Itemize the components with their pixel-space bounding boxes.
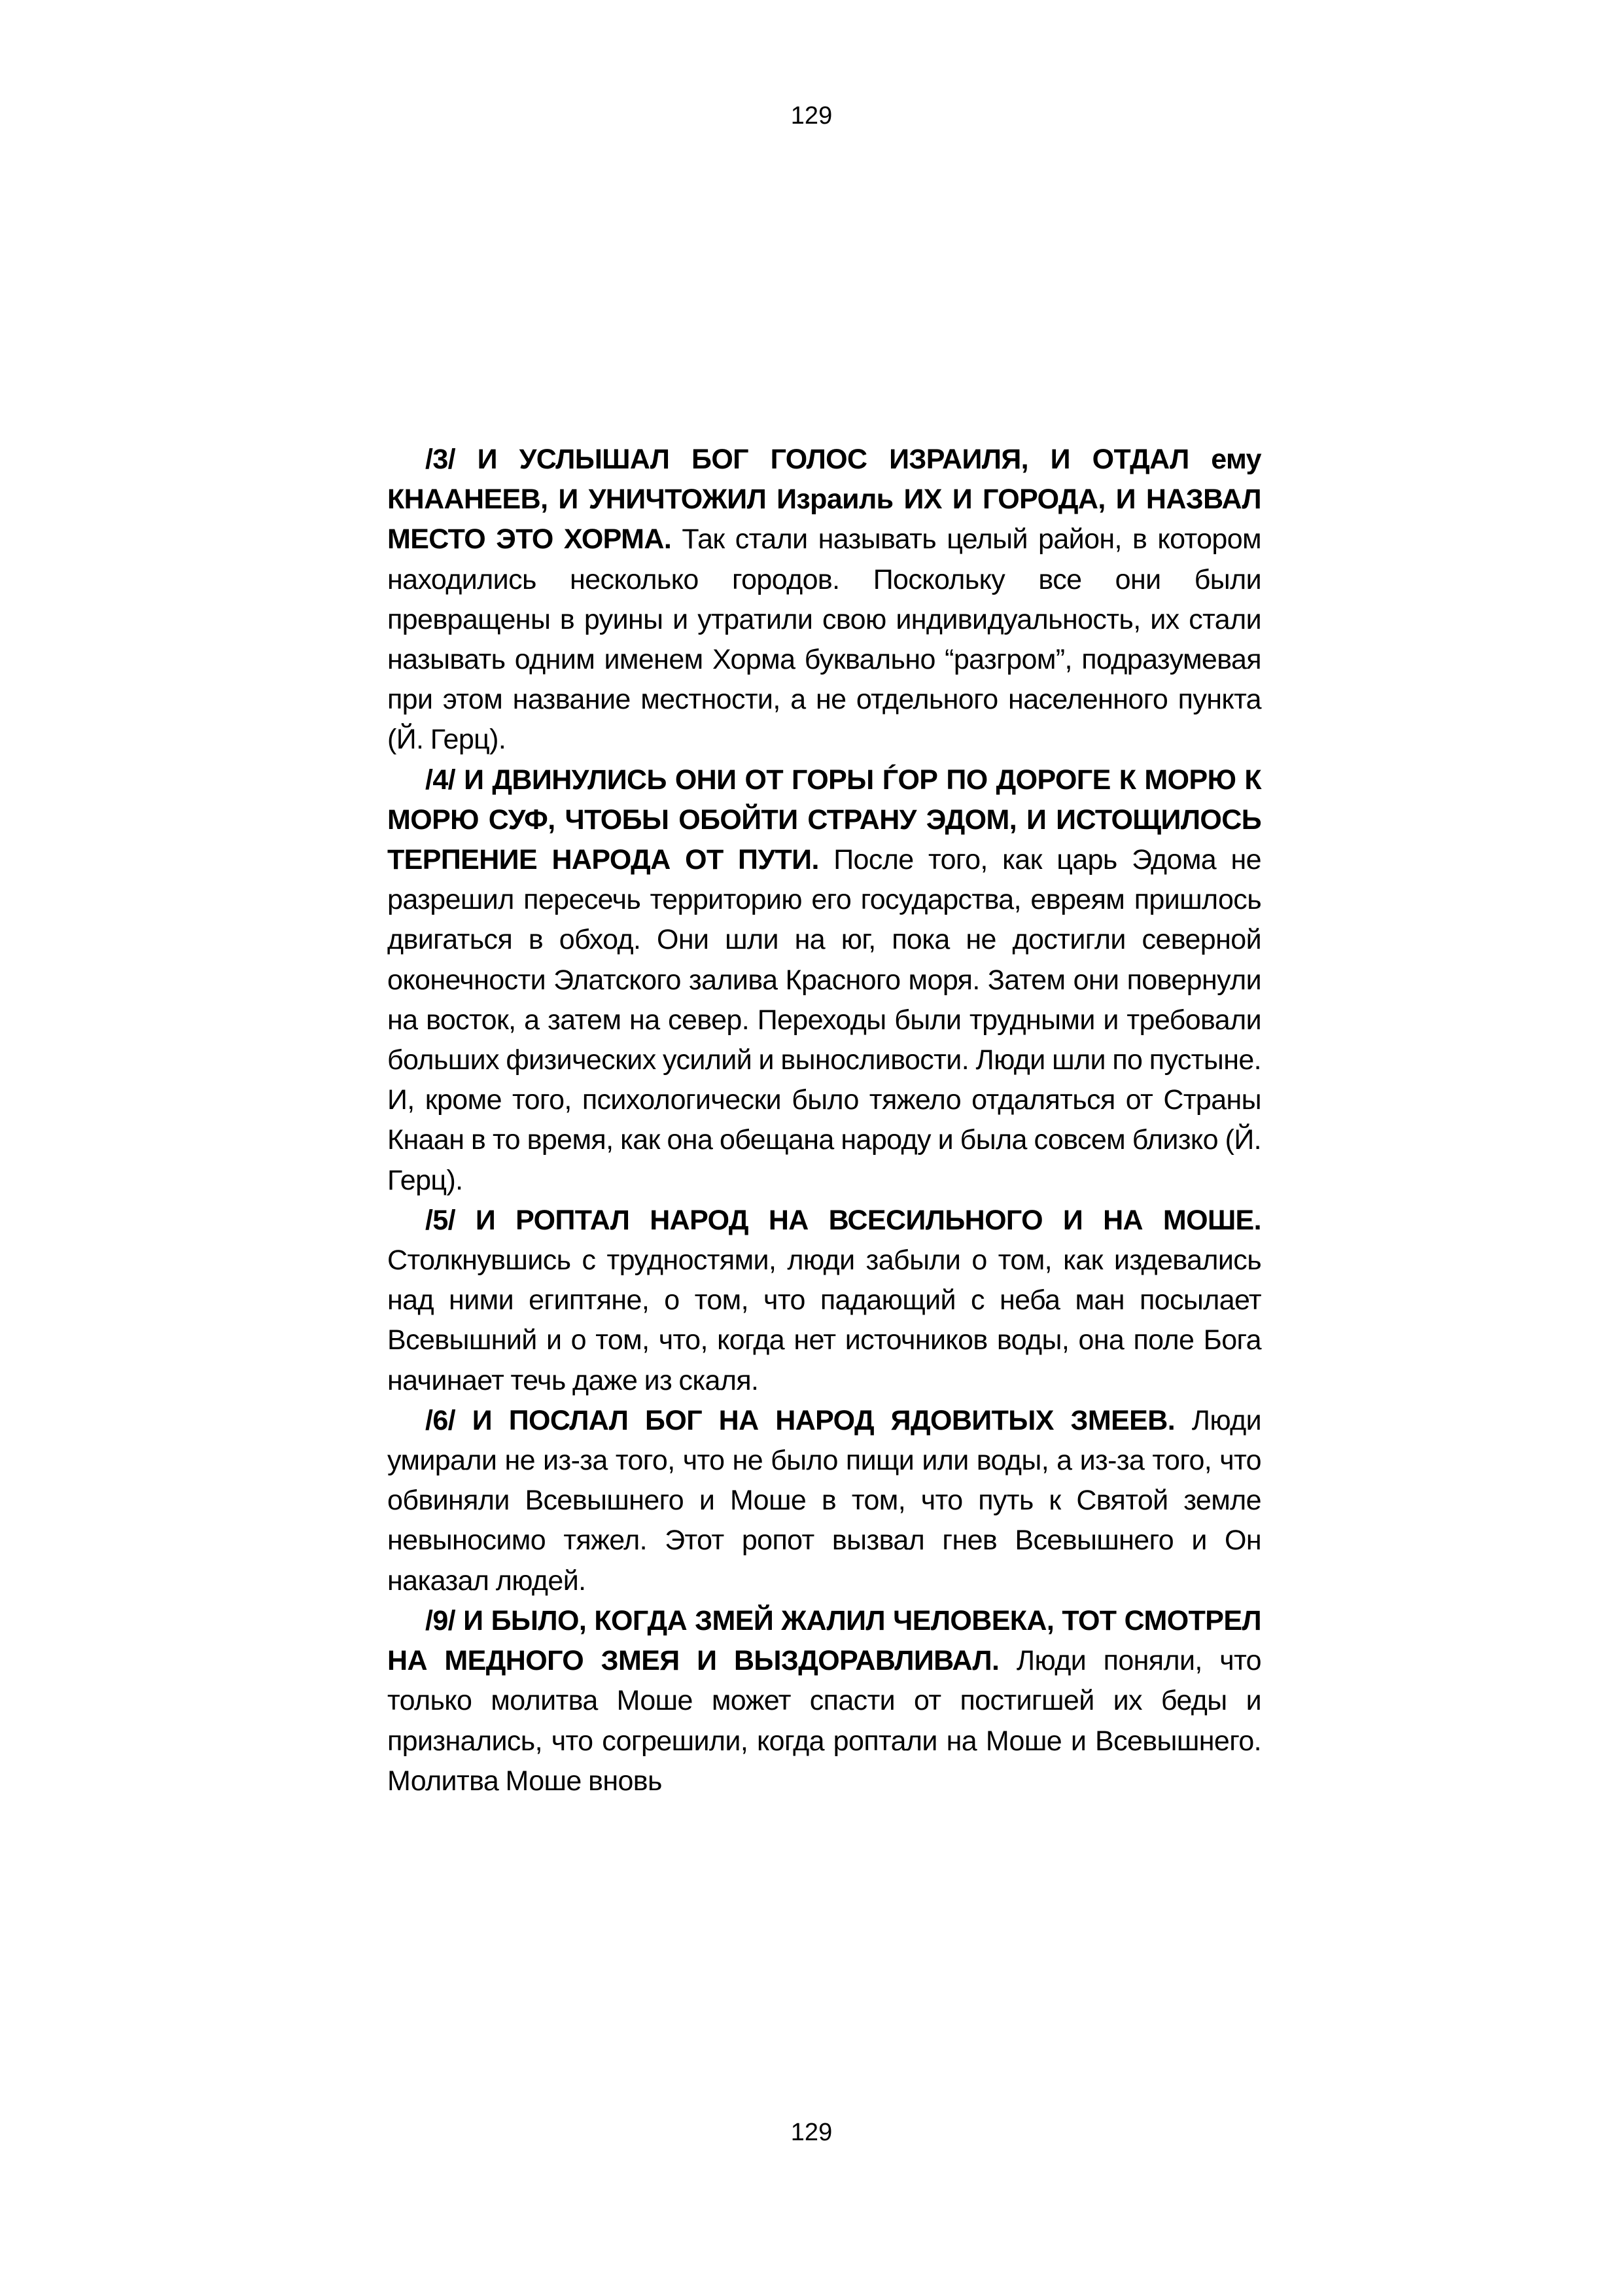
paragraph-verse-4: /4/ И ДВИНУЛИСЬ ОНИ ОТ ГОРЫ ЃОР ПО ДОРОГ… bbox=[387, 760, 1261, 1201]
paragraph-verse-5: /5/ И РОПТАЛ НАРОД НА ВСЕСИЛЬНОГО И НА М… bbox=[387, 1201, 1261, 1401]
body-text: /3/ И УСЛЫШАЛ БОГ ГОЛОС ИЗРАИЛЯ, И ОТДАЛ… bbox=[387, 440, 1261, 1801]
page-number-bottom: 129 bbox=[0, 2120, 1623, 2145]
verse-number: /4/ bbox=[425, 764, 455, 796]
commentary: Так стали называть целый район, в которо… bbox=[387, 523, 1261, 755]
verse-number: /5/ bbox=[425, 1205, 455, 1236]
verse-number: /3/ bbox=[425, 444, 455, 475]
paragraph-verse-6: /6/ И ПОСЛАЛ БОГ НА НАРОД ЯДОВИТЫХ ЗМЕЕВ… bbox=[387, 1401, 1261, 1601]
commentary: Столкнувшись с трудностями, люди забыли … bbox=[387, 1245, 1261, 1396]
verse-number: /9/ bbox=[425, 1605, 455, 1636]
page-number-top: 129 bbox=[0, 103, 1623, 128]
commentary: После того, как царь Эдома не разрешил п… bbox=[387, 844, 1261, 1196]
verse-quote: И РОПТАЛ НАРОД НА ВСЕСИЛЬНОГО И НА МОШЕ. bbox=[476, 1205, 1261, 1236]
paragraph-verse-3: /3/ И УСЛЫШАЛ БОГ ГОЛОС ИЗРАИЛЯ, И ОТДАЛ… bbox=[387, 440, 1261, 760]
verse-number: /6/ bbox=[425, 1405, 455, 1436]
paragraph-verse-9: /9/ И БЫЛО, КОГДА ЗМЕЙ ЖАЛИЛ ЧЕЛОВЕКА, Т… bbox=[387, 1601, 1261, 1801]
verse-quote: И ПОСЛАЛ БОГ НА НАРОД ЯДОВИТЫХ ЗМЕЕВ. bbox=[472, 1405, 1175, 1436]
